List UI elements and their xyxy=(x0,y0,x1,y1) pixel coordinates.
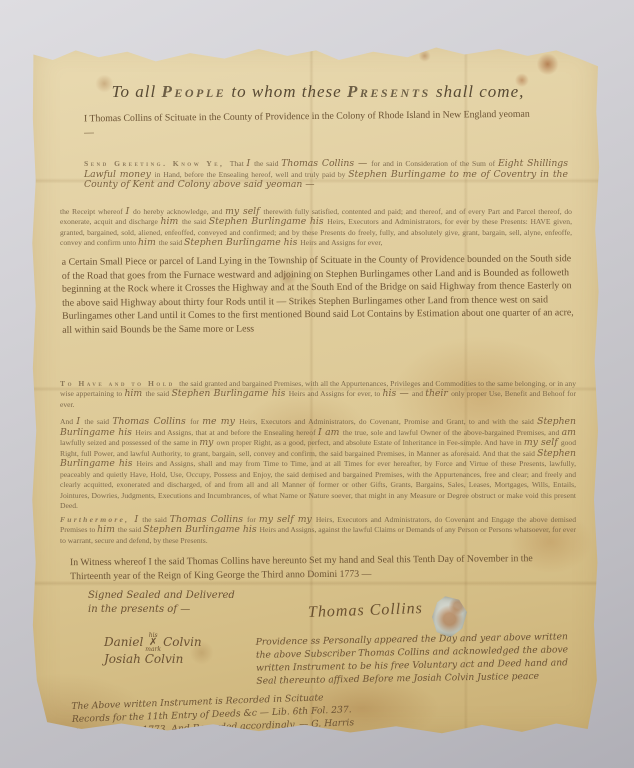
text-segment: the said xyxy=(182,217,209,226)
text-segment: I am xyxy=(318,427,343,438)
witness-josiah-colvin: Josiah Colvin xyxy=(104,652,246,667)
land-description-paragraph: a Certain Small Piece or parcel of Land … xyxy=(62,252,575,337)
text-segment: Heirs and Assigns, shall and may from Ti… xyxy=(60,459,576,510)
text-segment: him xyxy=(161,216,182,227)
receipt-grant-paragraph: the Receipt whereof I do hereby acknowle… xyxy=(60,207,572,249)
text-segment: the said xyxy=(254,159,281,168)
his-mark-stack: his ✗ mark xyxy=(145,633,161,652)
text-segment: lawfully seized and possessed of the sam… xyxy=(60,438,199,447)
text-segment: him xyxy=(97,524,118,535)
text-segment: And xyxy=(60,417,76,426)
greeting-consideration-paragraph: Send Greeting. Know Ye, That I the said … xyxy=(84,159,568,191)
photo-backdrop: To all People to whom these Presents sha… xyxy=(0,0,634,768)
text-segment: for xyxy=(190,417,202,426)
text-segment: I xyxy=(247,158,255,169)
text-segment: their xyxy=(425,388,451,399)
witness-first-name: Daniel xyxy=(104,635,143,649)
text-segment: Stephen Burlingame his xyxy=(143,524,259,535)
text-segment: Heirs and Assigns, that at and before th… xyxy=(135,428,318,437)
text-segment: the true, sole and lawful Owner of the a… xyxy=(343,428,562,437)
text-segment: Stephen Burlingame his xyxy=(171,388,288,399)
text-segment: Presents xyxy=(347,82,431,101)
text-segment: the said xyxy=(118,525,143,534)
text-segment: my self xyxy=(225,206,263,217)
text-segment: Thomas Collins xyxy=(112,416,190,427)
text-segment: Send Greeting. Know Ye, xyxy=(84,159,230,168)
text-segment: him xyxy=(124,388,145,399)
text-segment: shall come, xyxy=(431,82,525,101)
witness-acknowledgment-row: Daniel his ✗ mark Colvin Josiah Colvin P… xyxy=(60,633,576,685)
text-segment: the said xyxy=(142,515,170,524)
text-segment: him xyxy=(138,237,159,248)
in-witness-clause: In Witness whereof I the said Thomas Col… xyxy=(70,552,570,583)
witness-names-column: Daniel his ✗ mark Colvin Josiah Colvin xyxy=(60,633,246,685)
text-segment: Thomas Collins xyxy=(170,514,247,525)
text-segment: To all xyxy=(112,82,162,101)
text-segment: me my xyxy=(202,416,239,427)
text-segment: Stephen Burlingame his xyxy=(209,216,328,227)
habendum-paragraph: To Have and to Hold the said granted and… xyxy=(60,379,576,411)
text-segment: to whom these xyxy=(226,82,347,101)
text-segment: my self xyxy=(524,437,561,448)
text-segment: do hereby acknowledge, and xyxy=(133,207,225,216)
in-presence-line: in the presents of — xyxy=(88,603,287,617)
furthermore-paragraph: Furthermore, I the said Thomas Collins f… xyxy=(60,515,576,547)
grantor-signature-block: Thomas Collins xyxy=(308,589,576,631)
deed-document-paper: To all People to whom these Presents sha… xyxy=(30,42,602,736)
grantor-intro-line: I Thomas Collins of Scituate in the Coun… xyxy=(84,108,538,140)
text-segment: own proper Right, as a good, perfect, an… xyxy=(217,438,524,447)
text-segment: am xyxy=(562,427,576,438)
text-segment: Furthermore, xyxy=(60,515,134,524)
text-segment: Heirs and Assigns for ever, to xyxy=(289,389,383,398)
text-segment: the said xyxy=(145,389,171,398)
text-segment: the said xyxy=(84,417,112,426)
text-segment: for and in Consideration of the Sum of xyxy=(371,159,498,168)
text-segment: my self my xyxy=(259,514,316,525)
signature-thomas-collins: Thomas Collins xyxy=(307,600,422,622)
witness-daniel-colvin: Daniel his ✗ mark Colvin xyxy=(104,633,246,652)
acknowledgment-column: Providence ss Personally appeared the Da… xyxy=(256,633,576,685)
text-segment: People xyxy=(161,82,226,101)
text-segment: in Hand, before the Ensealing hereof, we… xyxy=(155,170,349,179)
text-segment: for xyxy=(247,515,259,524)
signed-sealed-line: Signed Sealed and Delivered xyxy=(88,589,287,603)
signed-sealed-block: Signed Sealed and Delivered in the prese… xyxy=(60,589,287,631)
text-segment: Thomas Collins — xyxy=(281,158,371,169)
text-segment: That xyxy=(230,159,247,168)
text-segment: the Receipt whereof xyxy=(60,207,126,216)
text-segment: my xyxy=(199,437,216,448)
text-segment: To Have and to Hold xyxy=(60,379,179,388)
signature-row: Signed Sealed and Delivered in the prese… xyxy=(60,589,576,631)
witness-last-name: Colvin xyxy=(163,635,202,649)
text-segment: I xyxy=(126,206,133,217)
text-segment: Heirs, Executors and Administrators, do … xyxy=(239,417,537,426)
recording-note-paragraph: The Above written Instrument is Recorded… xyxy=(71,690,362,736)
text-segment: Stephen Burlingame his xyxy=(184,237,300,248)
justice-acknowledgment-paragraph: Providence ss Personally appeared the Da… xyxy=(256,630,573,688)
text-segment: Heirs and Assigns for ever, xyxy=(300,238,382,247)
deed-heading: To all People to whom these Presents sha… xyxy=(60,82,576,102)
covenant-paragraph: And I the said Thomas Collins for me my … xyxy=(60,417,576,512)
text-segment: and xyxy=(412,389,425,398)
text-segment: the said xyxy=(159,238,184,247)
text-segment: his — xyxy=(383,388,413,399)
